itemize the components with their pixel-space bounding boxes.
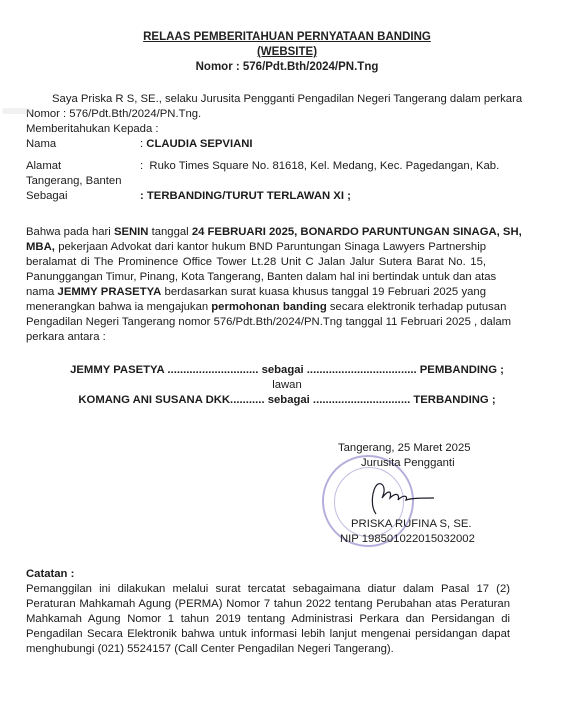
versus-label: lawan — [0, 379, 574, 391]
name-label: Nama — [26, 138, 56, 150]
address-continuation: Tangerang, Banten — [26, 175, 121, 187]
note-line-5: menghubungi (021) 5524157 (Call Center P… — [26, 643, 394, 655]
signature-mark — [368, 476, 438, 516]
address-value-row: : Ruko Times Square No. 81618, Kel. Meda… — [140, 160, 486, 172]
signatory-name: PRISKA RUFINA S, SE. — [351, 518, 501, 530]
signature-position: Jurusita Pengganti — [361, 457, 511, 469]
scan-smudge — [2, 108, 32, 114]
document-page: RELAAS PEMBERITAHUAN PERNYATAAN BANDING … — [0, 0, 574, 720]
note-line-2: Peraturan Mahkamah Agung (PERMA) Nomor 7… — [26, 598, 510, 610]
body-line-8: perkara antara : — [26, 331, 106, 343]
body-line-7: Pengadilan Negeri Tangerang nomor 576/Pd… — [26, 316, 486, 328]
document-number: Nomor : 576/Pdt.Bth/2024/PN.Tng — [0, 61, 574, 73]
appellant-line: JEMMY PASETYA ..........................… — [0, 364, 574, 376]
body-line-2: MBA, pekerjaan Advokat dari kantor hukum… — [26, 241, 486, 253]
note-line-3: Mahkamah Agung Nomor 1 tahun 2019 tentan… — [26, 613, 510, 625]
recipient-address: Ruko Times Square No. 81618, Kel. Medang… — [149, 160, 499, 172]
name-value-row: : CLAUDIA SEPVIANI — [140, 138, 253, 150]
intro-line-3: Memberitahukan Kepada : — [26, 123, 159, 135]
recipient-role: TERBANDING/TURUT TERLAWAN XI ; — [147, 190, 351, 202]
recipient-name: CLAUDIA SEPVIANI — [146, 138, 252, 150]
signatory-nip: NIP 198501022015032002 — [340, 533, 490, 545]
signature-place-date: Tangerang, 25 Maret 2025 — [338, 442, 488, 454]
intro-line-1: Saya Priska R S, SE., selaku Jurusita Pe… — [52, 93, 522, 105]
note-line-1: Pemanggilan ini dilakukan melalui surat … — [26, 583, 510, 595]
body-line-5: nama JEMMY PRASETYA berdasarkan surat ku… — [26, 286, 486, 298]
role-value-row: : TERBANDING/TURUT TERLAWAN XI ; — [140, 190, 351, 202]
note-title: Catatan : — [26, 568, 74, 580]
body-line-4: Panunggangan Timur, Pinang, Kota Tangera… — [26, 271, 486, 283]
respondent-line: KOMANG ANI SUSANA DKK........... sebagai… — [0, 394, 574, 406]
document-title: RELAAS PEMBERITAHUAN PERNYATAAN BANDING — [0, 31, 574, 43]
note-line-4: Pengadilan Secara Elektronik bahwa untuk… — [26, 628, 510, 640]
body-line-1: Bahwa pada hari SENIN tanggal 24 FEBRUAR… — [26, 226, 486, 238]
body-line-6: menerangkan bahwa ia mengajukan permohon… — [26, 301, 486, 313]
document-subtitle: (WEBSITE) — [0, 46, 574, 58]
role-label: Sebagai — [26, 190, 67, 202]
body-line-3: beralamat di The Prominence Office Tower… — [26, 256, 486, 268]
intro-line-2: Nomor : 576/Pdt.Bth/2024/PN.Tng. — [26, 108, 201, 120]
address-label: Alamat — [26, 160, 61, 172]
